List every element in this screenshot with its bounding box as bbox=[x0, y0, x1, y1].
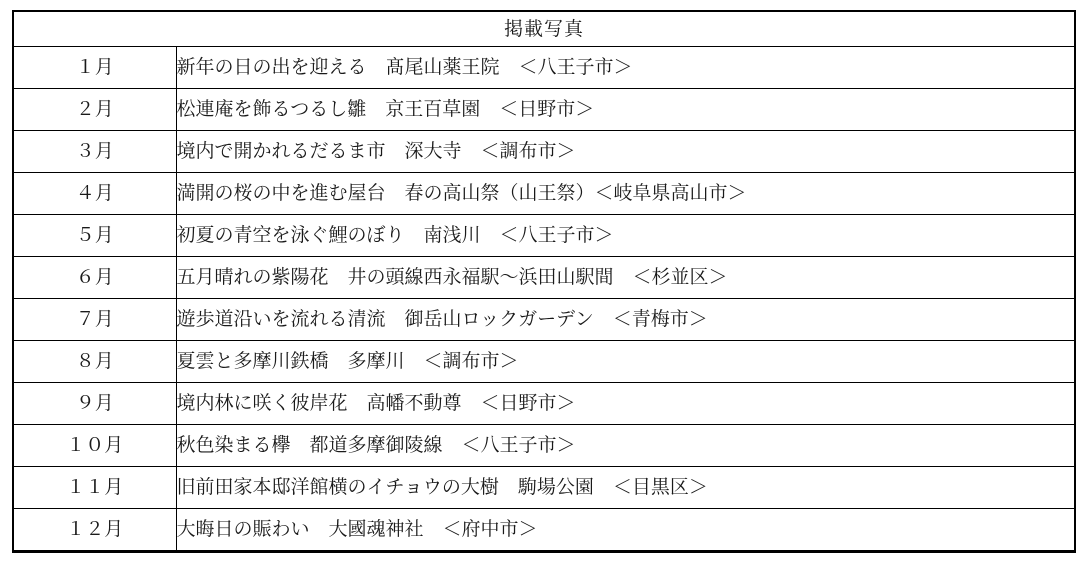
table-row: ８月 夏雲と多摩川鉄橋 多摩川 ＜調布市＞ bbox=[13, 341, 1075, 383]
table-row: １１月 旧前田家本邸洋館横のイチョウの大樹 駒場公園 ＜目黒区＞ bbox=[13, 467, 1075, 509]
description-cell: 五月晴れの紫陽花 井の頭線西永福駅～浜田山駅間 ＜杉並区＞ bbox=[176, 257, 1075, 299]
table-row: ３月 境内で開かれるだるま市 深大寺 ＜調布市＞ bbox=[13, 131, 1075, 173]
description-cell: 新年の日の出を迎える 髙尾山薬王院 ＜八王子市＞ bbox=[176, 47, 1075, 89]
description-cell: 大晦日の賑わい 大國魂神社 ＜府中市＞ bbox=[176, 509, 1075, 552]
description-cell: 初夏の青空を泳ぐ鯉のぼり 南浅川 ＜八王子市＞ bbox=[176, 215, 1075, 257]
month-cell: １１月 bbox=[13, 467, 176, 509]
description-cell: 夏雲と多摩川鉄橋 多摩川 ＜調布市＞ bbox=[176, 341, 1075, 383]
month-cell: ３月 bbox=[13, 131, 176, 173]
table-row: １０月 秋色染まる欅 都道多摩御陵線 ＜八王子市＞ bbox=[13, 425, 1075, 467]
table-row: ９月 境内林に咲く彼岸花 高幡不動尊 ＜日野市＞ bbox=[13, 383, 1075, 425]
document-page: 掲載写真 １月 新年の日の出を迎える 髙尾山薬王院 ＜八王子市＞ ２月 松連庵を… bbox=[0, 0, 1088, 568]
month-cell: ４月 bbox=[13, 173, 176, 215]
description-cell: 境内林に咲く彼岸花 高幡不動尊 ＜日野市＞ bbox=[176, 383, 1075, 425]
month-cell: ２月 bbox=[13, 89, 176, 131]
month-cell: １２月 bbox=[13, 509, 176, 552]
month-cell: ７月 bbox=[13, 299, 176, 341]
month-cell: ６月 bbox=[13, 257, 176, 299]
table-row: ６月 五月晴れの紫陽花 井の頭線西永福駅～浜田山駅間 ＜杉並区＞ bbox=[13, 257, 1075, 299]
table-row: １月 新年の日の出を迎える 髙尾山薬王院 ＜八王子市＞ bbox=[13, 47, 1075, 89]
month-cell: １０月 bbox=[13, 425, 176, 467]
description-cell: 松連庵を飾るつるし雛 京王百草園 ＜日野市＞ bbox=[176, 89, 1075, 131]
table-title: 掲載写真 bbox=[13, 11, 1075, 47]
month-cell: ８月 bbox=[13, 341, 176, 383]
table-row: ５月 初夏の青空を泳ぐ鯉のぼり 南浅川 ＜八王子市＞ bbox=[13, 215, 1075, 257]
description-cell: 満開の桜の中を進む屋台 春の高山祭（山王祭）＜岐阜県高山市＞ bbox=[176, 173, 1075, 215]
description-cell: 境内で開かれるだるま市 深大寺 ＜調布市＞ bbox=[176, 131, 1075, 173]
month-cell: ５月 bbox=[13, 215, 176, 257]
month-cell: １月 bbox=[13, 47, 176, 89]
table-row: ４月 満開の桜の中を進む屋台 春の高山祭（山王祭）＜岐阜県高山市＞ bbox=[13, 173, 1075, 215]
table-row: ２月 松連庵を飾るつるし雛 京王百草園 ＜日野市＞ bbox=[13, 89, 1075, 131]
table-row: １２月 大晦日の賑わい 大國魂神社 ＜府中市＞ bbox=[13, 509, 1075, 552]
description-cell: 秋色染まる欅 都道多摩御陵線 ＜八王子市＞ bbox=[176, 425, 1075, 467]
published-photos-table: 掲載写真 １月 新年の日の出を迎える 髙尾山薬王院 ＜八王子市＞ ２月 松連庵を… bbox=[12, 10, 1076, 553]
table-header-row: 掲載写真 bbox=[13, 11, 1075, 47]
description-cell: 旧前田家本邸洋館横のイチョウの大樹 駒場公園 ＜目黒区＞ bbox=[176, 467, 1075, 509]
month-cell: ９月 bbox=[13, 383, 176, 425]
description-cell: 遊歩道沿いを流れる清流 御岳山ロックガーデン ＜青梅市＞ bbox=[176, 299, 1075, 341]
table-row: ７月 遊歩道沿いを流れる清流 御岳山ロックガーデン ＜青梅市＞ bbox=[13, 299, 1075, 341]
